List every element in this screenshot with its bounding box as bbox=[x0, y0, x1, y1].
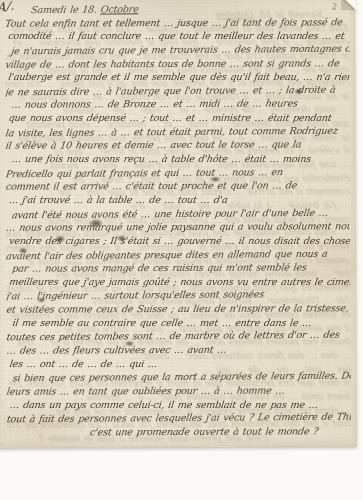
handwriting-line: comment il est arrivé … c'était tout pro… bbox=[6, 180, 350, 195]
handwriting-line: … une fois nous avons reçu … à table d'h… bbox=[6, 153, 350, 167]
ink-blot bbox=[89, 219, 103, 227]
ink-blot bbox=[55, 235, 65, 242]
dog-ear-fold bbox=[341, 0, 356, 10]
handwriting-line: … j'ai trouvé … à la table … de … tout …… bbox=[6, 194, 350, 208]
ink-blot bbox=[19, 248, 27, 254]
letter-paper-sheet: A/. 2 Samedi le 18. OctobreTout cela enf… bbox=[0, 0, 357, 448]
handwriting-line: … nous avons remarqué une jolie paysanne… bbox=[6, 220, 350, 235]
handwriting-line: et visitées comme ceux de Suisse ; au li… bbox=[6, 302, 350, 317]
handwriting-line: que nous avons dépensé … ; tout … et … m… bbox=[6, 112, 350, 126]
ink-blot bbox=[211, 177, 220, 182]
handwriting-line: Tout cela enfin tant et tellement … jusq… bbox=[5, 16, 349, 31]
handwriting-line: par … nous avons mangé de ces raisins qu… bbox=[6, 261, 350, 276]
handwriting-line: c'est une promenade ouverte à tout le mo… bbox=[7, 425, 351, 440]
handwriting-line: il s'élève à 10 heures et demie … avec t… bbox=[6, 139, 350, 154]
ink-blot bbox=[126, 341, 134, 346]
handwriting-line: comodité … il faut conclure … que tout l… bbox=[5, 30, 349, 44]
scanned-letter-page: A/. 2 Samedi le 18. OctobreTout cela enf… bbox=[0, 0, 363, 500]
handwriting-line: leurs amis … en tant que oubliées pour …… bbox=[7, 384, 351, 399]
handwriting-line: … nous donnons … de Bronze … et … midi …… bbox=[5, 98, 349, 113]
ink-blot bbox=[117, 235, 126, 241]
ink-blot bbox=[37, 298, 45, 303]
ink-blot bbox=[294, 88, 302, 94]
handwriting-line: … des … des fleurs cultivées avec … avan… bbox=[7, 343, 351, 358]
handwriting-text-block: Samedi le 18. OctobreTout cela enfin tan… bbox=[5, 2, 351, 440]
handwriting-line: l'auberge est grande et il me semble que… bbox=[5, 71, 349, 85]
handwriting-line: village de … dont les habitants tous de … bbox=[5, 57, 349, 72]
